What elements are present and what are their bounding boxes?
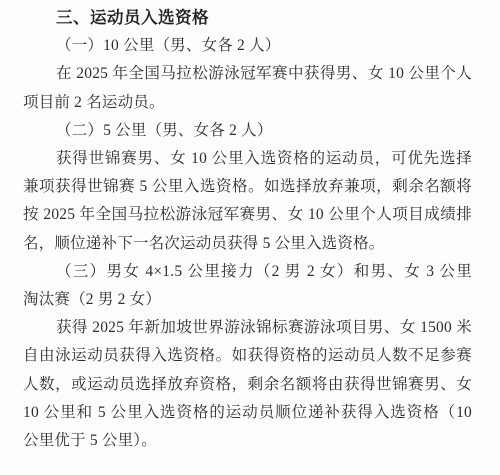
paragraph-line: 公里优于 5 公里）。 — [23, 427, 472, 455]
paragraph-line: 自由泳运动员获得入选资格。如获得资格的运动员人数不足参赛 — [23, 342, 472, 370]
subsection-2-title: （二）5 公里（男、女各 2 人） — [23, 117, 472, 145]
paragraph-line: 获得世锦赛男、女 10 公里入选资格的运动员，可优先选择 — [23, 145, 472, 173]
section-heading: 三、运动员入选资格 — [23, 4, 472, 32]
subsection-3-title-line-2: 淘汰赛（2 男 2 女） — [23, 286, 472, 314]
paragraph-line: 兼项获得世锦赛 5 公里入选资格。如选择放弃兼项，剩余名额将 — [23, 173, 472, 201]
subsection-3-title-line-1: （三）男女 4×1.5 公里接力（2 男 2 女）和男、女 3 公里 — [23, 258, 472, 286]
paragraph-line: 名，顺位递补下一名次运动员获得 5 公里入选资格。 — [23, 230, 472, 258]
paragraph-line: 项目前 2 名运动员。 — [23, 89, 472, 117]
subsection-1-title: （一）10 公里（男、女各 2 人） — [23, 32, 472, 60]
paragraph-line: 在 2025 年全国马拉松游泳冠军赛中获得男、女 10 公里个人 — [23, 60, 472, 88]
paragraph-line: 人数，或运动员选择放弃资格，剩余名额将由获得世锦赛男、女 — [23, 371, 472, 399]
paragraph-line: 按 2025 年全国马拉松游泳冠军赛男、女 10 公里个人项目成绩排 — [23, 201, 472, 229]
paragraph-line: 10 公里和 5 公里入选资格的运动员顺位递补获得入选资格（10 — [23, 399, 472, 427]
document-page: 三、运动员入选资格 （一）10 公里（男、女各 2 人） 在 2025 年全国马… — [0, 0, 500, 475]
paragraph-line: 获得 2025 年新加坡世界游泳锦标赛游泳项目男、女 1500 米 — [23, 314, 472, 342]
